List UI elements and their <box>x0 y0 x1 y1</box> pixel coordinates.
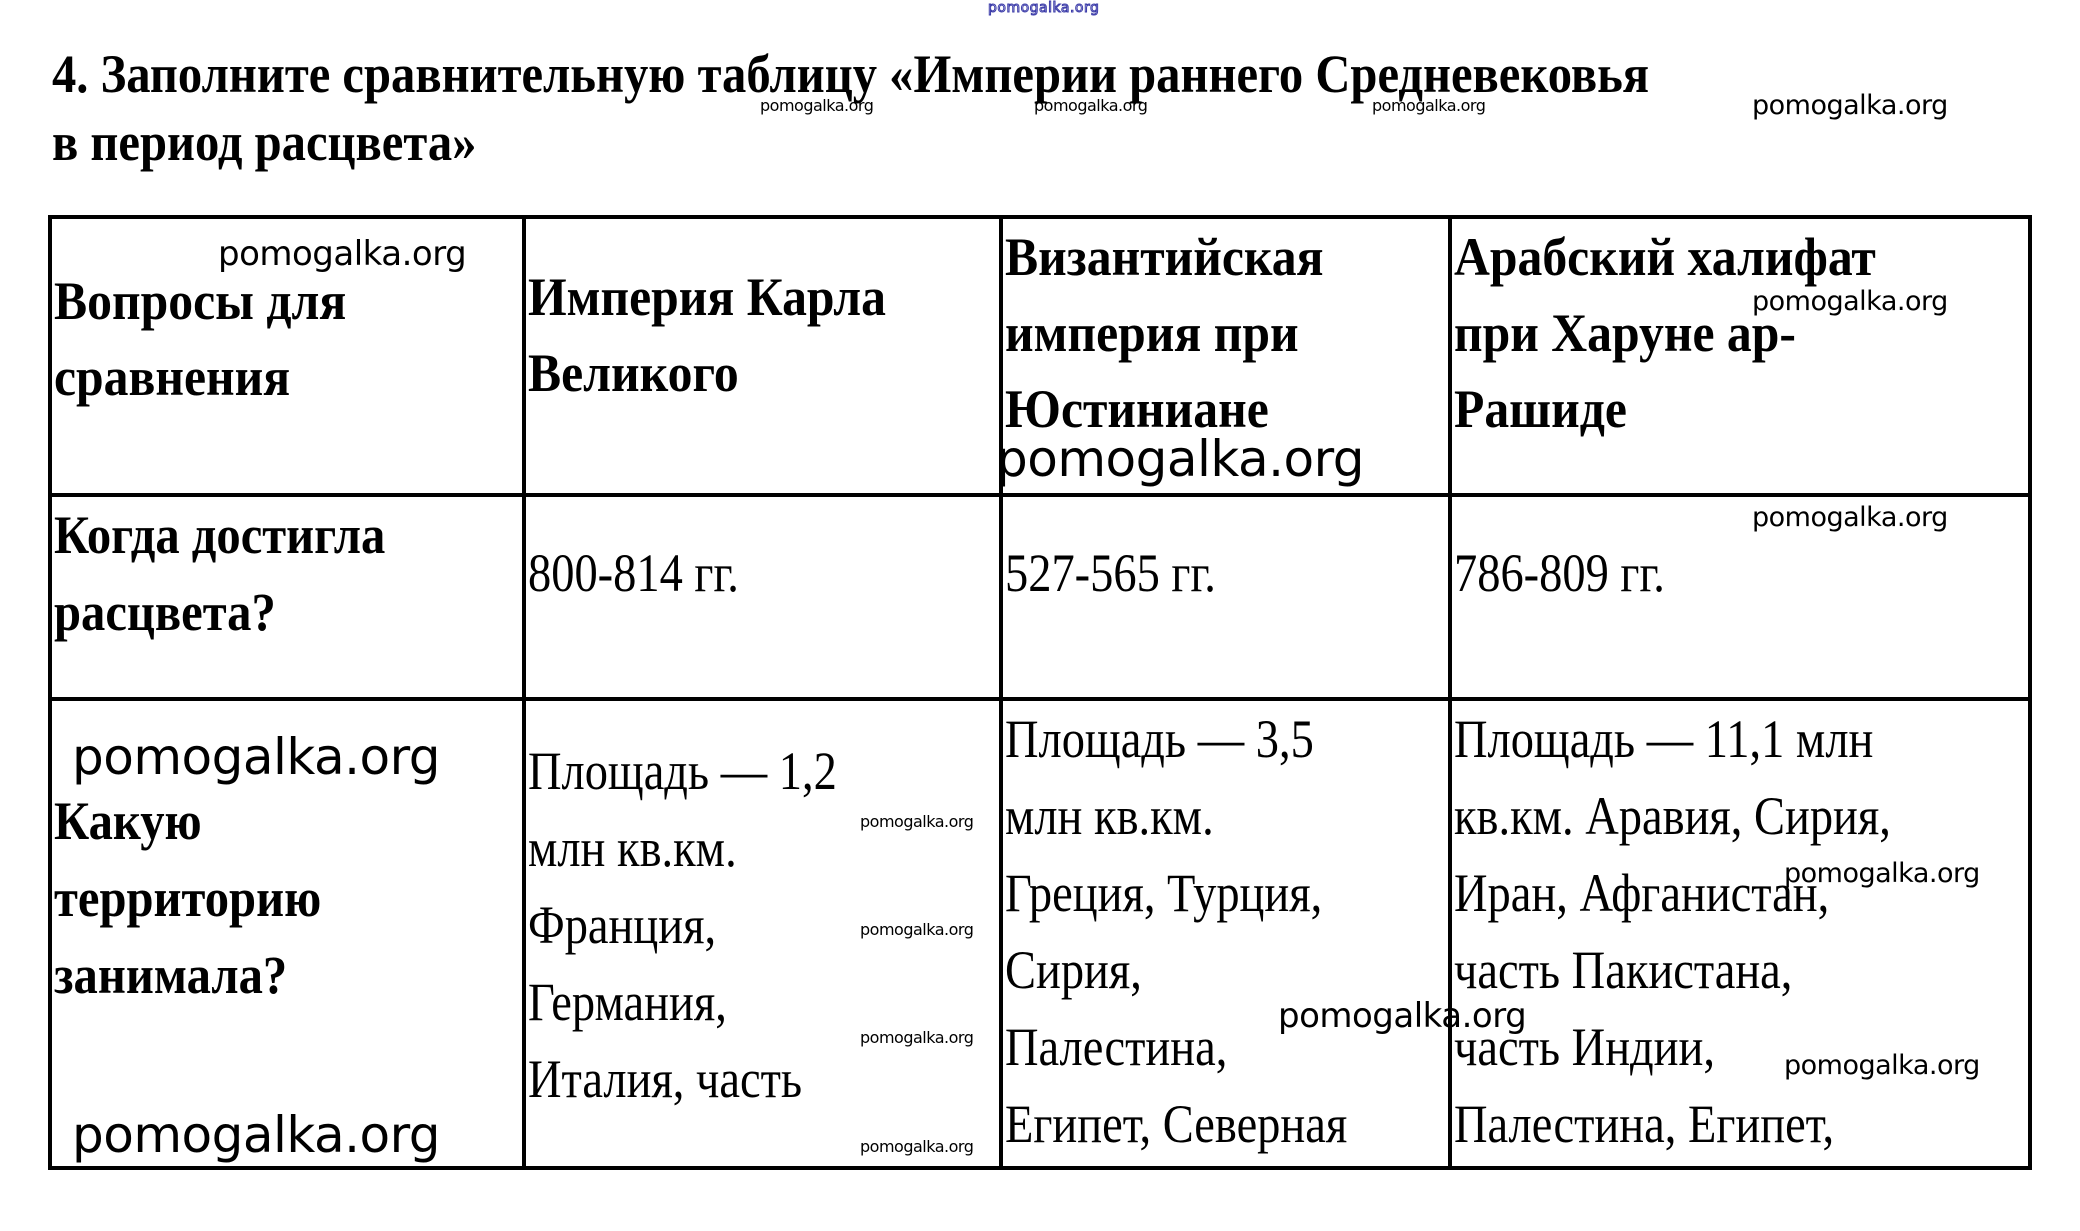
header-text: Империя Карла Великого <box>528 259 959 411</box>
watermark-top: pomogalka.org <box>988 0 1099 16</box>
answer-text: 786-809 гг. <box>1454 535 1946 612</box>
watermark: pomogalka.org <box>1784 858 1980 889</box>
question-text: Когда достигла расцвета? <box>54 497 473 651</box>
watermark: pomogalka.org <box>218 234 466 274</box>
comparison-table: Вопросы для сравнения Империя Карла Вели… <box>48 215 2032 1170</box>
watermark: pomogalka.org <box>1784 1050 1980 1081</box>
answer-cell: 527-565 гг. <box>1001 495 1450 699</box>
watermark: pomogalka.org <box>1752 90 1948 121</box>
table-row: Когда достигла расцвета? 800-814 гг. 527… <box>50 495 2030 699</box>
answer-text: 800-814 гг. <box>528 535 931 612</box>
answer-text: Площадь — 3,5 млн кв.км. Греция, Турция,… <box>1005 701 1384 1163</box>
watermark: pomogalka.org <box>1752 502 1948 533</box>
answer-text: 527-565 гг. <box>1005 535 1384 612</box>
watermark: pomogalka.org <box>860 920 973 939</box>
watermark: pomogalka.org <box>860 812 973 831</box>
watermark: pomogalka.org <box>760 96 873 115</box>
answer-text: Площадь — 11,1 млн кв.км. Аравия, Сирия,… <box>1454 701 1946 1163</box>
header-text: Арабский халифат при Харуне ар- Рашиде <box>1454 219 1980 447</box>
watermark: pomogalka.org <box>1034 96 1147 115</box>
answer-cell: Площадь — 3,5 млн кв.км. Греция, Турция,… <box>1001 699 1450 1168</box>
watermark: pomogalka.org <box>860 1137 973 1156</box>
exercise-title: 4. Заполните сравнительную таблицу «Импе… <box>52 40 1834 176</box>
watermark: pomogalka.org <box>72 728 440 786</box>
watermark: pomogalka.org <box>860 1028 973 1047</box>
header-text: Византийская империя при Юстиниане <box>1005 219 1411 447</box>
watermark: pomogalka.org <box>1752 286 1948 317</box>
question-text: Какую территорию занимала? <box>54 783 473 1014</box>
header-cell-charlemagne: Империя Карла Великого <box>524 217 1001 495</box>
watermark: pomogalka.org <box>1372 96 1485 115</box>
answer-cell: 800-814 гг. <box>524 495 1001 699</box>
header-text: Вопросы для сравнения <box>54 263 483 415</box>
answer-cell: Площадь — 11,1 млн кв.км. Аравия, Сирия,… <box>1450 699 2030 1168</box>
question-cell: Когда достигла расцвета? <box>50 495 524 699</box>
watermark: pomogalka.org <box>996 430 1364 488</box>
header-cell-caliphate: Арабский халифат при Харуне ар- Рашиде <box>1450 217 2030 495</box>
watermark: pomogalka.org <box>72 1106 440 1164</box>
watermark: pomogalka.org <box>1278 996 1526 1036</box>
